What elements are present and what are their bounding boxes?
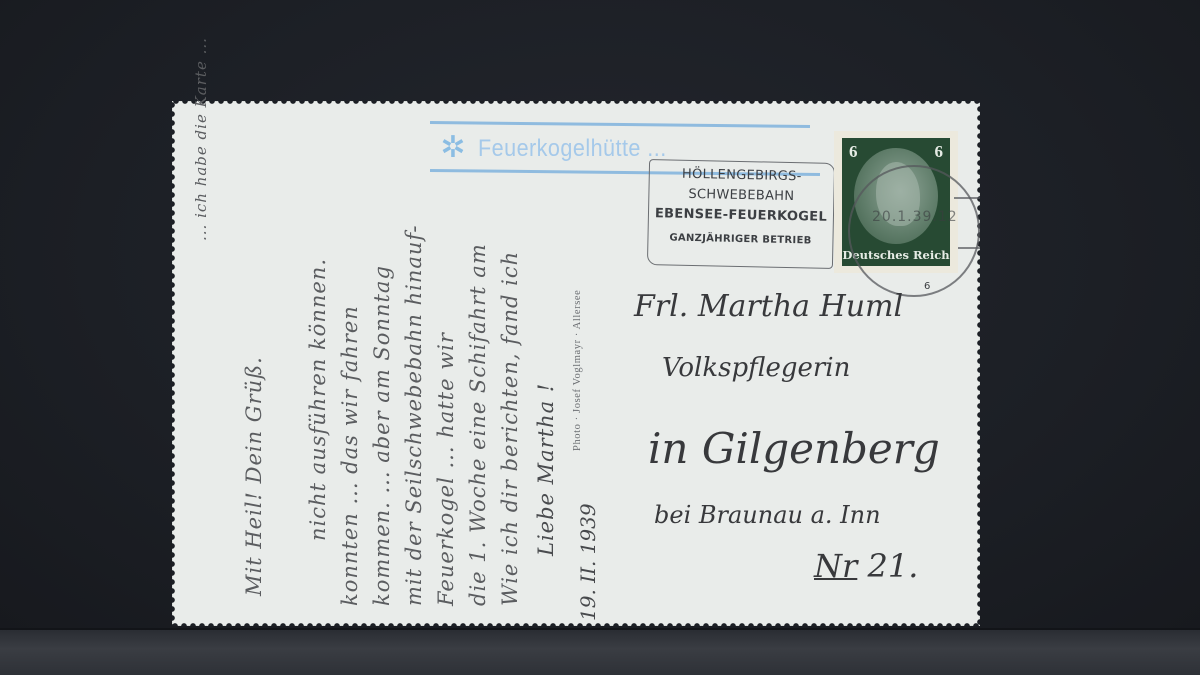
cancel-wave-line bbox=[954, 197, 980, 199]
message-side-note: ... ich habe die Karte ... bbox=[192, 37, 210, 241]
publisher-imprint: Photo · Josef Voglmayr · Allersee bbox=[572, 290, 583, 451]
town-name: Gilgenberg bbox=[702, 424, 940, 473]
handwritten-date: 19. II. 1939 bbox=[576, 503, 600, 621]
stamp-denomination: 6 bbox=[849, 142, 858, 162]
stamp-denomination: 6 bbox=[935, 142, 944, 162]
recipient-district: bei Braunau a. Inn bbox=[654, 501, 881, 529]
cancel-line: EBENSEE-FEUERKOGEL bbox=[649, 204, 833, 228]
message-line: die 1. Woche eine Schifahrt am bbox=[466, 243, 490, 606]
postmark-ring bbox=[848, 165, 980, 297]
cancel-line: GANZJÄHRIGER BETRIEB bbox=[648, 228, 832, 252]
message-closing: Mit Heil! Dein Grüß. bbox=[242, 356, 266, 596]
cancel-wave-line bbox=[958, 247, 980, 249]
postcard-back: ✲ Feuerkogelhütte ... HÖLLENGEBIRGS- SCH… bbox=[172, 101, 980, 626]
recipient-name: Frl. Martha Huml bbox=[634, 289, 903, 324]
message-line: nicht ausführen können. bbox=[306, 258, 330, 541]
recipient-town: in Gilgenberg bbox=[648, 424, 940, 473]
message-line: konnten ... das wir fahren bbox=[338, 305, 362, 606]
message-line: kommen. ... aber am Sonntag bbox=[370, 265, 394, 606]
house-number: Nr 21. bbox=[814, 547, 918, 585]
postmark-date: 20.1.39.12 bbox=[872, 209, 958, 225]
recipient-title: Volkspflegerin bbox=[662, 353, 850, 383]
display-ledge bbox=[0, 628, 1200, 675]
message-salutation: Liebe Martha ! bbox=[534, 383, 558, 556]
town-prefix: in bbox=[648, 424, 688, 473]
postmark-letter: 6 bbox=[924, 281, 930, 292]
message-line: Feuerkogel ... hatte wir bbox=[434, 332, 458, 606]
number-value: 21. bbox=[867, 547, 918, 585]
message-line: Wie ich dir berichten, fand ich bbox=[498, 251, 522, 606]
number-label: Nr bbox=[814, 547, 857, 585]
deckled-edge bbox=[975, 101, 980, 626]
handwritten-message: Liebe Martha ! Wie ich dir berichten, fa… bbox=[172, 101, 572, 626]
message-line: mit der Seilschwebebahn hinauf- bbox=[402, 224, 426, 606]
slogan-cancel: HÖLLENGEBIRGS- SCHWEBEBAHN EBENSEE-FEUER… bbox=[647, 159, 835, 269]
